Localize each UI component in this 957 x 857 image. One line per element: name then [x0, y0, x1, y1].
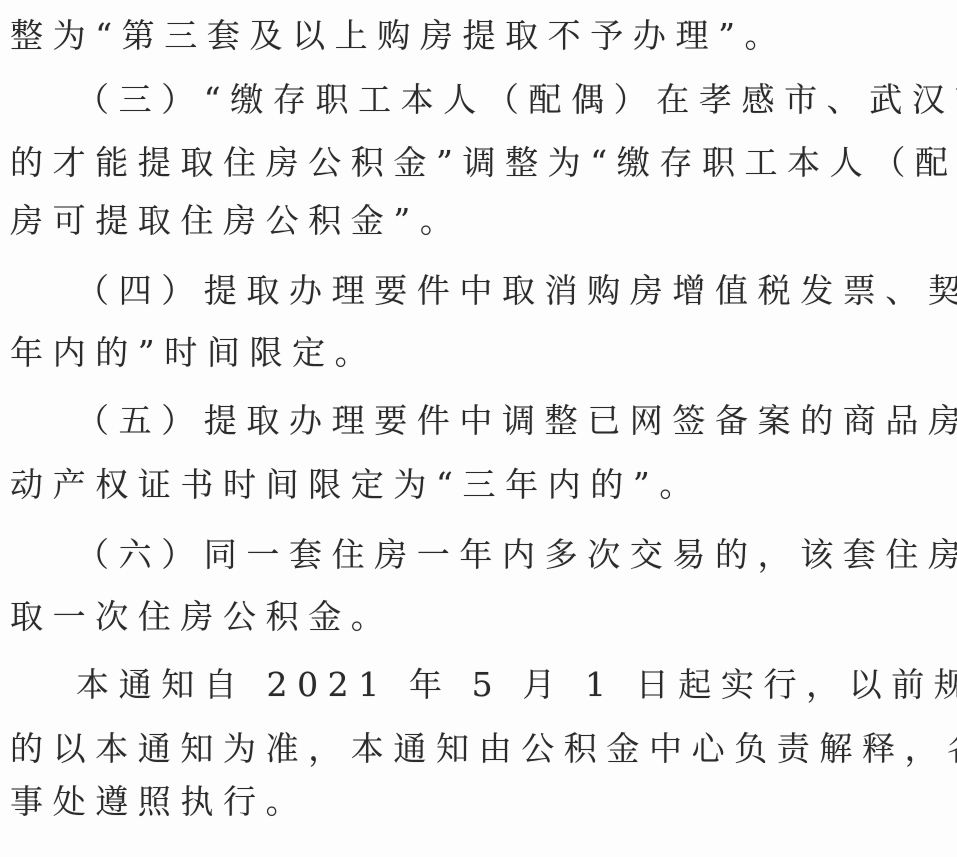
text-line-4: 房可提取住房公积金”。: [10, 199, 950, 243]
text-line-10: 取一次住房公积金。: [10, 595, 950, 639]
text-line-6: 年内的”时间限定。: [10, 331, 950, 375]
text-line-12: 的以本通知为准，本通知由公积金中心负责解释，各县（市、区）办: [10, 727, 950, 771]
text-line-8: 动产权证书时间限定为“三年内的”。: [10, 463, 950, 507]
text-line-5: （四）提取办理要件中取消购房增值税发票、契税完税凭证“一: [76, 269, 957, 313]
text-line-7: （五）提取办理要件中调整已网签备案的商品房买卖合同、不: [76, 399, 957, 443]
text-line-11: 本通知自 2021 年 5 月 1 日起实行，以前规定与本通知不一致: [76, 663, 957, 707]
text-line-3: 的才能提取住房公积金”调整为“缴存职工本人（配偶）购买自住住: [10, 141, 950, 185]
text-line-2: （三）“缴存职工本人（配偶）在孝感市、武汉市内购买自住住房: [76, 78, 957, 122]
text-line-1: 整为“第三套及以上购房提取不予办理”。: [10, 14, 950, 58]
text-line-13: 事处遵照执行。: [10, 780, 950, 824]
document-page: 整为“第三套及以上购房提取不予办理”。 （三）“缴存职工本人（配偶）在孝感市、武…: [0, 0, 957, 857]
text-line-9: （六）同一套住房一年内多次交易的，该套住房一年内只可提: [76, 533, 957, 577]
